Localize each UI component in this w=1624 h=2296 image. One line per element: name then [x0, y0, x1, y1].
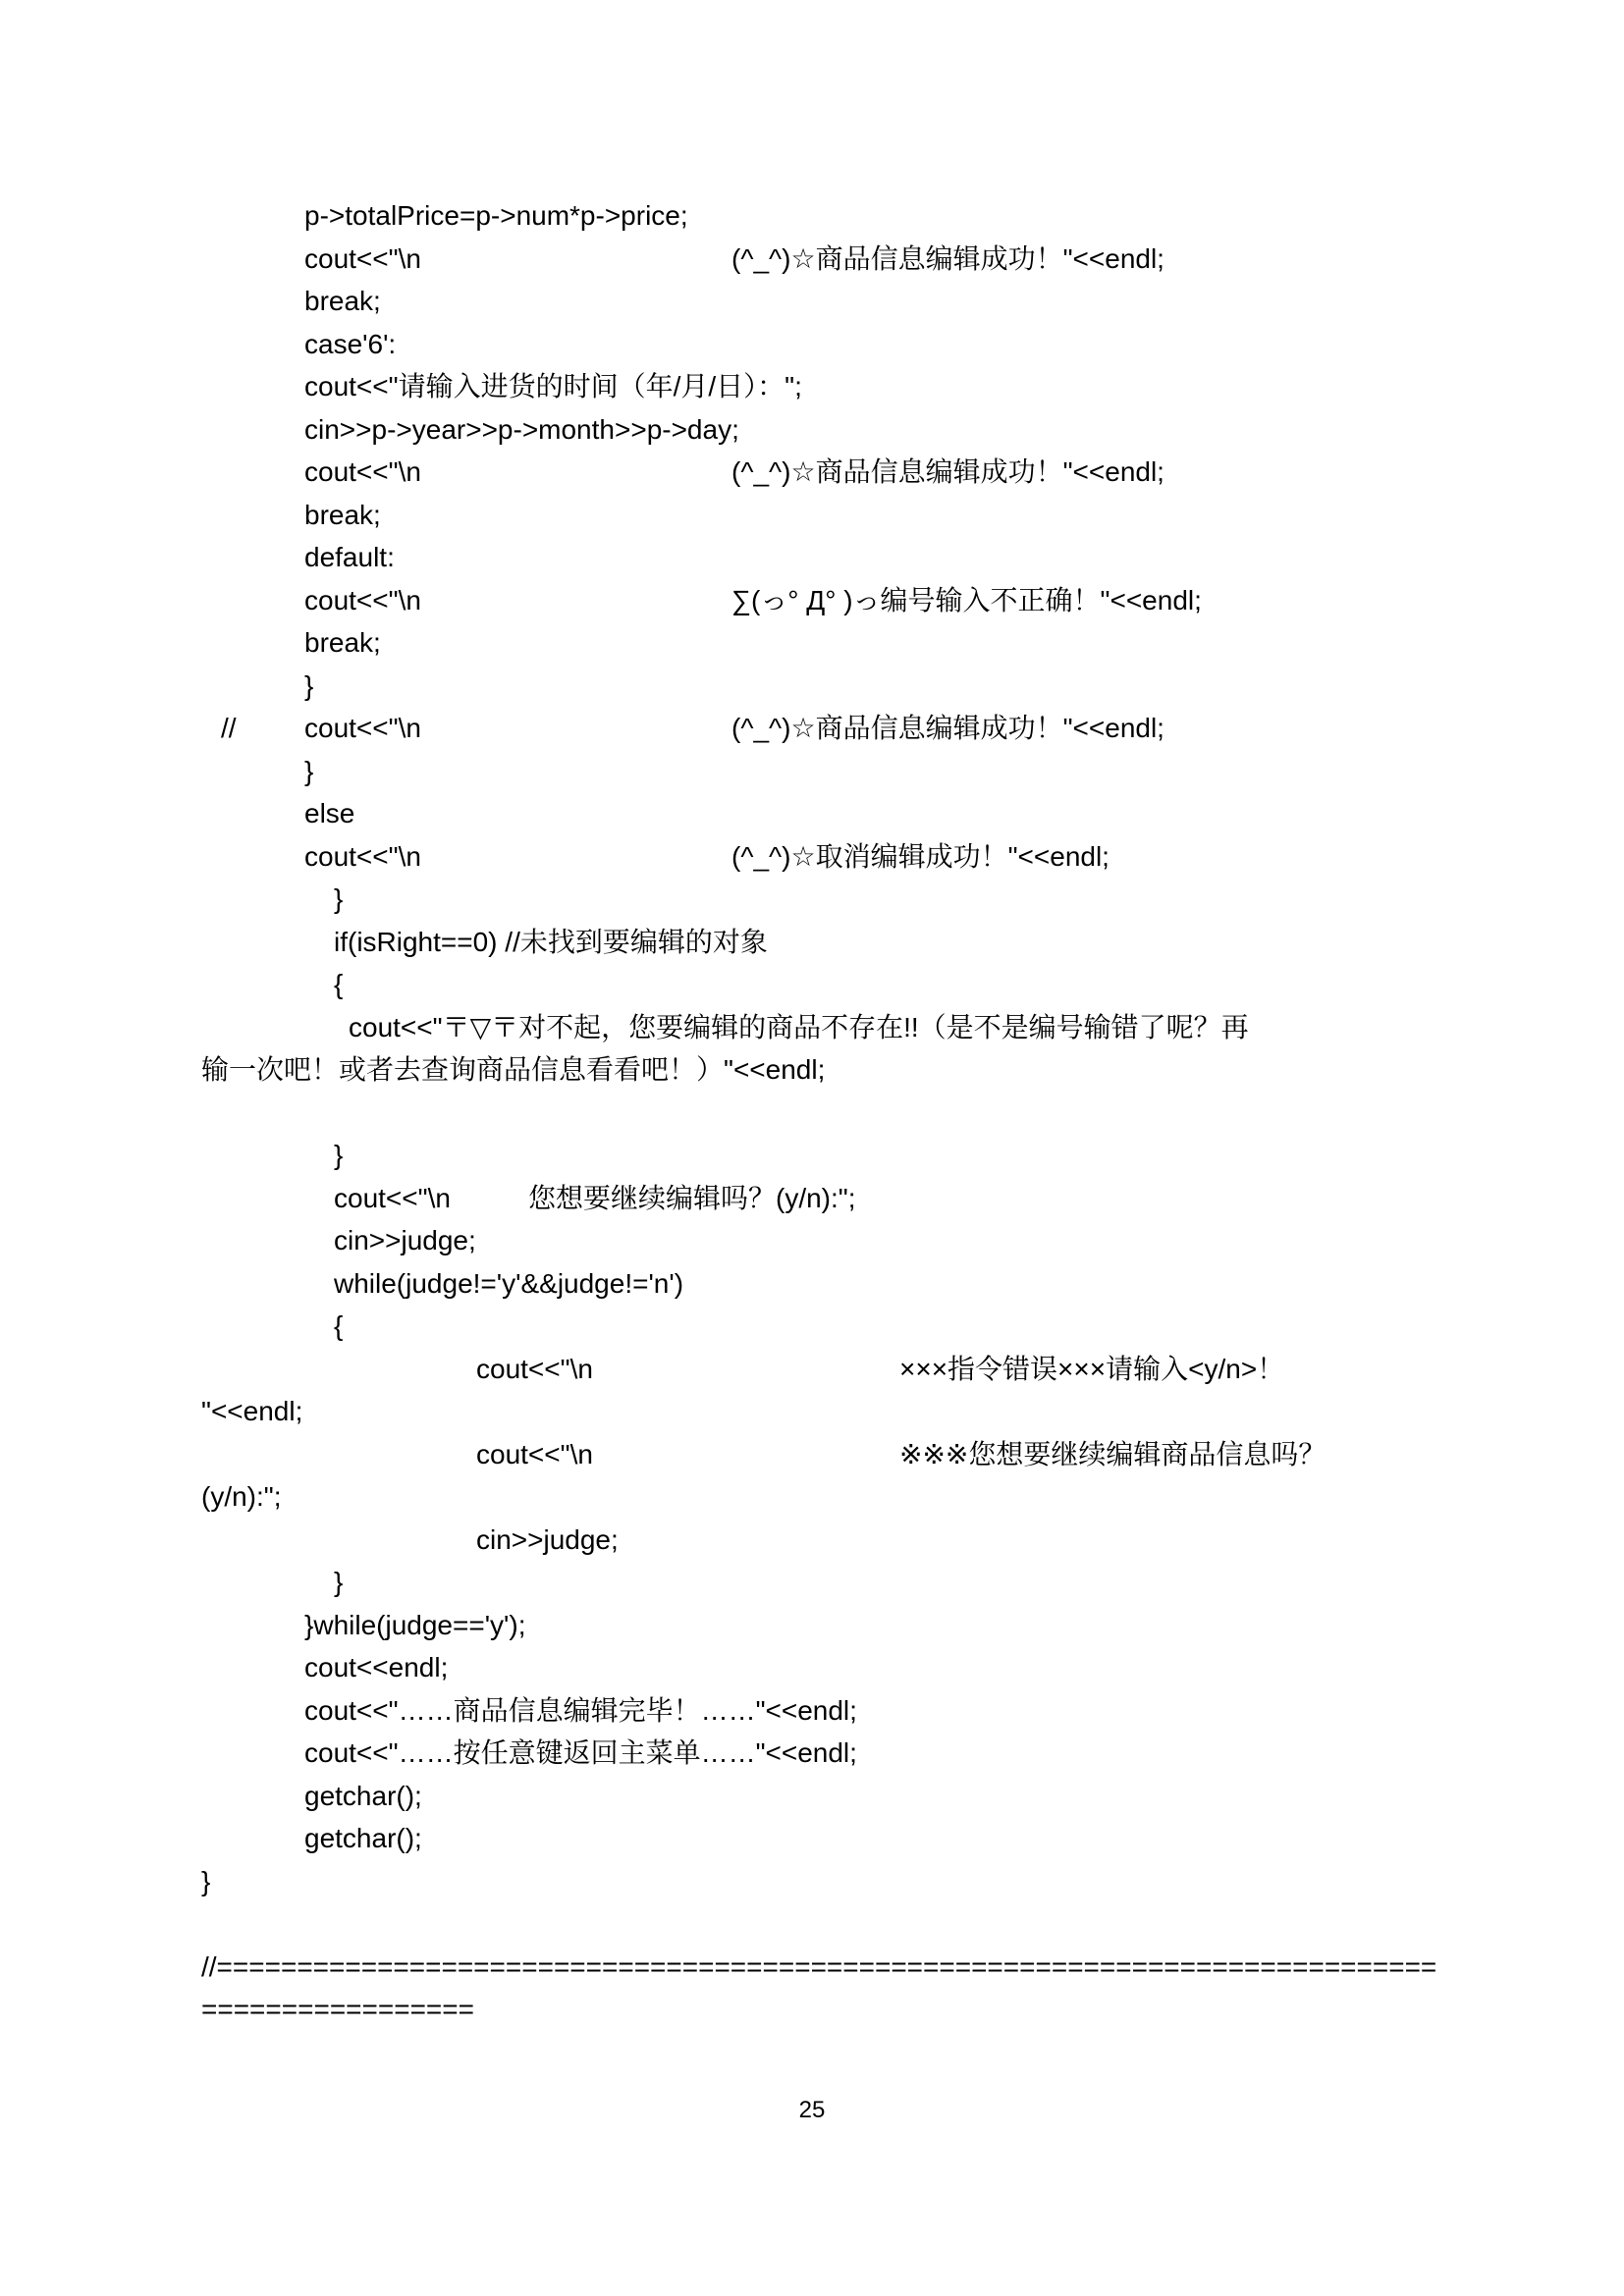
code-block: p->totalPrice=p->num*p->price;cout<<"\n(… — [0, 194, 1624, 2031]
code-segment: { — [334, 1305, 343, 1348]
code-line: getchar(); — [0, 1775, 1624, 1818]
code-line: break; — [0, 621, 1624, 665]
code-segment: // — [221, 707, 237, 750]
code-line: } — [0, 1134, 1624, 1177]
code-line: "<<endl; — [0, 1390, 1624, 1433]
code-segment: } — [334, 1561, 343, 1604]
code-line: cin>>p->year>>p->month>>p->day; — [0, 408, 1624, 452]
code-segment: (^_^)☆商品信息编辑成功！"<<endl; — [731, 451, 1164, 494]
code-line: } — [0, 1561, 1624, 1604]
code-segment: (y/n):"; — [201, 1475, 282, 1519]
code-segment: 输一次吧！或者去查询商品信息看看吧！）"<<endl; — [201, 1048, 825, 1092]
code-line: cout<<"\n※※※您想要继续编辑商品信息吗？ — [0, 1433, 1624, 1476]
code-line: p->totalPrice=p->num*p->price; — [0, 194, 1624, 238]
code-segment: ∑(っ° Д° )っ编号输入不正确！"<<endl; — [731, 579, 1202, 622]
code-segment: } — [334, 878, 343, 921]
code-segment: { — [334, 963, 343, 1006]
code-line: }while(judge=='y'); — [0, 1604, 1624, 1647]
code-segment: 您想要继续编辑吗？(y/n):"; — [528, 1177, 856, 1220]
code-line: //cout<<"\n(^_^)☆商品信息编辑成功！"<<endl; — [0, 707, 1624, 750]
code-line: cout<<"\n(^_^)☆商品信息编辑成功！"<<endl; — [0, 451, 1624, 494]
code-line: cout<<"\n(^_^)☆商品信息编辑成功！"<<endl; — [0, 238, 1624, 281]
code-segment: cout<<"请输入进货的时间（年/月/日）："; — [304, 365, 802, 408]
code-line: ================= — [0, 1988, 1624, 2031]
code-line: cout<<"〒▽〒对不起，您要编辑的商品不存在!!（是不是编号输错了呢？再 — [0, 1006, 1624, 1049]
code-line: else — [0, 792, 1624, 835]
code-line: cin>>judge; — [0, 1219, 1624, 1262]
code-segment: getchar(); — [304, 1775, 422, 1818]
page-number: 25 — [0, 2097, 1624, 2124]
code-segment: "<<endl; — [201, 1390, 302, 1433]
code-line: case'6': — [0, 323, 1624, 366]
code-line: { — [0, 963, 1624, 1006]
code-segment: else — [304, 792, 354, 835]
code-segment: cout<<"\n — [304, 835, 421, 879]
code-segment: } — [304, 750, 313, 793]
code-line: //======================================… — [0, 1946, 1624, 1989]
code-line — [0, 1902, 1624, 1946]
code-line: cout<<endl; — [0, 1646, 1624, 1689]
code-line: cin>>judge; — [0, 1519, 1624, 1562]
code-segment: if(isRight==0) //未找到要编辑的对象 — [334, 921, 768, 964]
code-line — [0, 1092, 1624, 1135]
document-page: p->totalPrice=p->num*p->price;cout<<"\n(… — [0, 0, 1624, 2296]
code-line: if(isRight==0) //未找到要编辑的对象 — [0, 921, 1624, 964]
code-line: } — [0, 1860, 1624, 1903]
code-segment: cout<<endl; — [304, 1646, 448, 1689]
code-segment: while(judge!='y'&&judge!='n') — [334, 1262, 683, 1306]
code-segment: cout<<"……按任意键返回主菜单……"<<endl; — [304, 1732, 857, 1775]
code-segment: getchar(); — [304, 1817, 422, 1860]
code-segment: //======================================… — [201, 1946, 1436, 1989]
code-line: default: — [0, 536, 1624, 579]
code-segment: break; — [304, 621, 381, 665]
code-segment: default: — [304, 536, 395, 579]
code-line: break; — [0, 494, 1624, 537]
code-segment: (^_^)☆取消编辑成功！"<<endl; — [731, 835, 1110, 879]
code-line: cout<<"\n(^_^)☆取消编辑成功！"<<endl; — [0, 835, 1624, 879]
code-line: cout<<"\n您想要继续编辑吗？(y/n):"; — [0, 1177, 1624, 1220]
code-segment: ×××指令错误×××请输入<y/n>！ — [899, 1348, 1284, 1391]
code-segment: ※※※您想要继续编辑商品信息吗？ — [899, 1433, 1326, 1476]
code-segment: ================= — [201, 1988, 474, 2031]
code-segment: cout<<"……商品信息编辑完毕！……"<<endl; — [304, 1689, 857, 1733]
code-segment: p->totalPrice=p->num*p->price; — [304, 194, 688, 238]
code-line: cout<<"……按任意键返回主菜单……"<<endl; — [0, 1732, 1624, 1775]
code-segment: cout<<"\n — [476, 1433, 593, 1476]
code-line: break; — [0, 280, 1624, 323]
code-line: cout<<"\n∑(っ° Д° )っ编号输入不正确！"<<endl; — [0, 579, 1624, 622]
code-segment: break; — [304, 280, 381, 323]
code-line: 输一次吧！或者去查询商品信息看看吧！）"<<endl; — [0, 1048, 1624, 1092]
code-segment: break; — [304, 494, 381, 537]
code-segment: } — [304, 665, 313, 708]
code-segment: }while(judge=='y'); — [304, 1604, 526, 1647]
code-line: (y/n):"; — [0, 1475, 1624, 1519]
code-segment: cout<<"\n — [334, 1177, 451, 1220]
code-segment: case'6': — [304, 323, 396, 366]
code-segment: (^_^)☆商品信息编辑成功！"<<endl; — [731, 238, 1164, 281]
code-line: getchar(); — [0, 1817, 1624, 1860]
code-line: } — [0, 750, 1624, 793]
code-segment: cout<<"\n — [304, 451, 421, 494]
code-segment: } — [201, 1860, 210, 1903]
code-segment: cout<<"〒▽〒对不起，您要编辑的商品不存在!!（是不是编号输错了呢？再 — [349, 1006, 1249, 1049]
code-line: { — [0, 1305, 1624, 1348]
code-line: cout<<"\n×××指令错误×××请输入<y/n>！ — [0, 1348, 1624, 1391]
code-segment: (^_^)☆商品信息编辑成功！"<<endl; — [731, 707, 1164, 750]
code-segment: cin>>p->year>>p->month>>p->day; — [304, 408, 739, 452]
code-line: cout<<"……商品信息编辑完毕！……"<<endl; — [0, 1689, 1624, 1733]
code-segment: } — [334, 1134, 343, 1177]
code-segment: cin>>judge; — [334, 1219, 476, 1262]
code-line: } — [0, 878, 1624, 921]
code-segment: cin>>judge; — [476, 1519, 619, 1562]
code-segment: cout<<"\n — [304, 238, 421, 281]
code-segment: cout<<"\n — [304, 707, 421, 750]
code-line: while(judge!='y'&&judge!='n') — [0, 1262, 1624, 1306]
code-segment: cout<<"\n — [476, 1348, 593, 1391]
code-line: } — [0, 665, 1624, 708]
code-segment: cout<<"\n — [304, 579, 421, 622]
code-line: cout<<"请输入进货的时间（年/月/日）："; — [0, 365, 1624, 408]
